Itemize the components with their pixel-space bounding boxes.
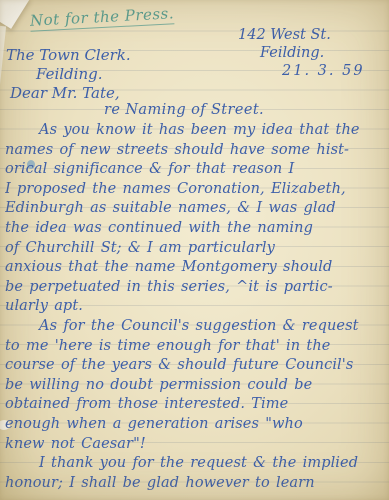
recipient-address: The Town Clerk. Feilding. [6, 46, 131, 84]
letter-line: I thank you for the request & the implie… [5, 454, 389, 474]
letter-date: 21. 3. 59 [282, 62, 365, 80]
scan-corner [0, 0, 30, 29]
letter-line: course of the years & should future Coun… [5, 356, 389, 376]
letter-line: the idea was continued with the naming [5, 219, 389, 239]
letter-line: As for the Council's suggestion & reques… [5, 317, 389, 337]
letter-line: to me 'here is time enough for that' in … [5, 337, 389, 357]
letter-line: enough when a generation arises "who [5, 415, 389, 435]
letter-body: As you know it has been my idea that the… [5, 121, 389, 493]
letter-line: Edinburgh as suitable names, & I was gla… [5, 199, 389, 219]
press-note: Not for the Press. [30, 4, 175, 32]
salutation: Dear Mr. Tate, [10, 84, 120, 102]
letter-line: orical significance & for that reason I [5, 160, 389, 180]
sender-street: 142 West St. [238, 26, 365, 44]
letter-line: honour; I shall be glad however to learn [5, 474, 389, 494]
recipient-town: Feilding. [36, 65, 131, 84]
letter-line: be perpetuated in this series, ^it is pa… [5, 278, 389, 298]
letter-line: anxious that the name Montgomery should [5, 258, 389, 278]
letter-line: ularly apt. [5, 297, 389, 317]
letter-line: knew not Caesar"! [5, 435, 389, 455]
letter-line: As you know it has been my idea that the [5, 121, 389, 141]
letter-page: Not for the Press. 142 West St. Feilding… [0, 0, 389, 500]
letter-line: of Churchill St; & I am particularly [5, 239, 389, 259]
recipient-title: The Town Clerk. [6, 46, 131, 65]
letter-line: I proposed the names Coronation, Elizabe… [5, 180, 389, 200]
letter-line: obtained from those interested. Time [5, 395, 389, 415]
sender-address: 142 West St. Feilding. 21. 3. 59 [238, 26, 365, 80]
letter-line: be willing no doubt permission could be [5, 376, 389, 396]
letter-line: names of new streets should have some hi… [5, 141, 389, 161]
subject-line: re Naming of Street. [104, 102, 264, 118]
sender-town: Feilding. [260, 44, 365, 62]
